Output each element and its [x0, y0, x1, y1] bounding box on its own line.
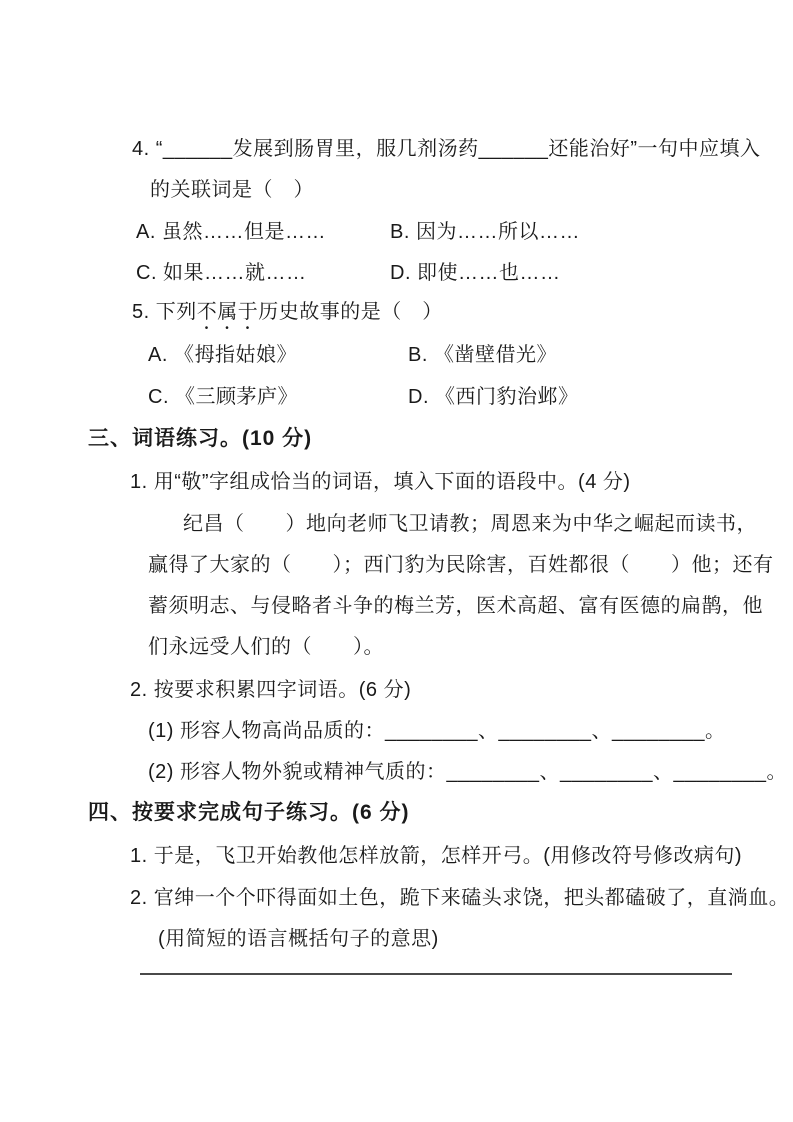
- section-four-q1-text: 1. 于是，飞卫开始教他怎样放箭，怎样开弓。(用修改符号修改病句): [130, 843, 742, 869]
- exam-paper-page: 4. “______发展到肠胃里，服几剂汤药______还能治好”一句中应填入 …: [0, 0, 793, 1122]
- question-5-option-b: B. 《凿壁借光》: [408, 342, 557, 368]
- section-three-q1-paragraph-line-3: 蓄须明志、与侵略者斗争的梅兰芳，医术高超、富有医德的扁鹊，他: [148, 593, 763, 619]
- question-5-option-d: D. 《西门豹治邺》: [408, 384, 579, 410]
- question-4-option-c: C. 如果……就……: [136, 260, 307, 286]
- section-three-q1-paragraph-line-2: 赢得了大家的（ ）；西门豹为民除害，百姓都很（ ）他；还有: [148, 552, 774, 578]
- question-4-text-line-1: 4. “______发展到肠胃里，服几剂汤药______还能治好”一句中应填入: [132, 136, 761, 162]
- section-three-heading: 三、词语练习。(10 分): [88, 426, 312, 452]
- section-four-q2-note: (用简短的语言概括句子的意思): [158, 926, 439, 952]
- question-4-option-a: A. 虽然……但是……: [136, 219, 326, 245]
- section-three-q1-prompt: 1. 用“敬”字组成恰当的词语，填入下面的语段中。(4 分): [130, 469, 631, 495]
- question-5-text-suffix: 历史故事的是（ ）: [258, 301, 443, 323]
- question-5-text-prefix: 5. 下列: [132, 301, 197, 323]
- section-three-q1-paragraph-line-4: 们永远受人们的（ ）。: [148, 634, 384, 660]
- section-three-q1-paragraph-line-1: 纪昌（ ）地向老师飞卫请教；周恩来为中华之崛起而读书，: [183, 511, 757, 537]
- section-three-q2-prompt: 2. 按要求积累四字词语。(6 分): [130, 677, 411, 703]
- question-4-option-b: B. 因为……所以……: [390, 219, 580, 245]
- section-four-heading: 四、按要求完成句子练习。(6 分): [88, 800, 410, 826]
- section-four-q2-text: 2. 官绅一个个吓得面如土色，跪下来磕头求饶，把头都磕破了，直淌血。: [130, 885, 789, 911]
- question-4-option-d: D. 即使……也……: [390, 260, 561, 286]
- question-5-text: 5. 下列不属于历史故事的是（ ）: [132, 299, 443, 334]
- section-three-q2-item-1: (1) 形容人物高尚品质的：________、________、________…: [148, 718, 725, 744]
- question-5-option-c: C. 《三顾茅庐》: [148, 384, 298, 410]
- question-4-text-line-2: 的关联词是（ ）: [150, 177, 314, 203]
- section-three-q2-item-2: (2) 形容人物外貌或精神气质的：________、________、_____…: [148, 759, 787, 785]
- answer-line: [140, 973, 732, 975]
- question-5-option-a: A. 《拇指姑娘》: [148, 342, 297, 368]
- question-5-text-emphasized: 不属于: [197, 301, 259, 323]
